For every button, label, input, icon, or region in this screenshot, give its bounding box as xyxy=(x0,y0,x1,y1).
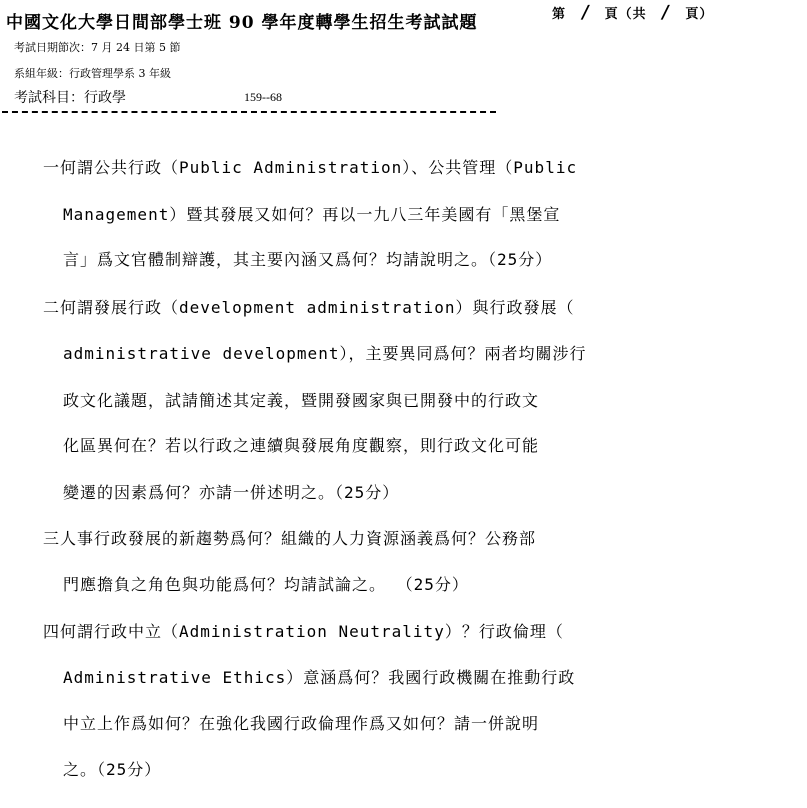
question-3-line-2: 門應擔負之角色與功能爲何？均請試論之。 （25分） xyxy=(63,572,469,595)
question-2-line-4: 化區異何在？若以行政之連續與發展角度觀察，則行政文化可能 xyxy=(63,433,539,456)
exam-title: 中國文化大學日間部學士班 90 學年度轉學生招生考試試題 xyxy=(6,8,478,33)
department-label: 系組年級：行政管理學系 3 年級 xyxy=(14,65,171,81)
question-2-line-3: 政文化議題，試請簡述其定義，暨開發國家與已開發中的行政文 xyxy=(63,388,539,411)
question-2-line-2: administrative development），主要異同爲何？兩者均關涉… xyxy=(63,341,586,364)
question-4-line-2: Administrative Ethics）意涵爲何？我國行政機關在推動行政 xyxy=(63,665,575,688)
question-2-line-5: 變遷的因素爲何？亦請一併述明之。（25分） xyxy=(63,480,399,503)
exam-date-label: 考試日期節次：7 月 24 日第 5 節 xyxy=(14,39,180,55)
question-2-line-1: 二何謂發展行政（development administration）與行政發展… xyxy=(43,295,574,318)
page-prefix: 第 xyxy=(552,7,566,22)
exam-code: 159--68 xyxy=(244,90,282,105)
page-indicator: 第 / 頁（共 / 頁） xyxy=(552,2,713,23)
question-4-line-1: 四何謂行政中立（Administration Neutrality）？行政倫理（ xyxy=(43,619,564,642)
question-4-line-3: 中立上作爲如何？在強化我國行政倫理作爲又如何？請一併說明 xyxy=(63,711,539,734)
page-suffix: 頁） xyxy=(685,7,713,22)
question-1-line-3: 言」爲文官體制辯護，其主要內涵又爲何？均請說明之。（25分） xyxy=(63,247,552,270)
page-current-mark: / xyxy=(580,2,591,23)
question-3-line-1: 三人事行政發展的新趨勢爲何？組織的人力資源涵義爲何？公務部 xyxy=(43,526,536,549)
page-total-mark: / xyxy=(660,2,671,23)
question-1-line-2: Management）暨其發展又如何？再以一九八三年美國有「黑堡宣 xyxy=(63,202,560,225)
question-1-line-1: 一何謂公共行政（Public Administration）、公共管理（Publ… xyxy=(43,155,577,178)
subject-label: 考試科目：行政學 xyxy=(14,87,126,107)
header-divider xyxy=(2,111,496,113)
page-middle: 頁（共 xyxy=(605,7,647,22)
question-4-line-4: 之。（25分） xyxy=(63,757,161,780)
